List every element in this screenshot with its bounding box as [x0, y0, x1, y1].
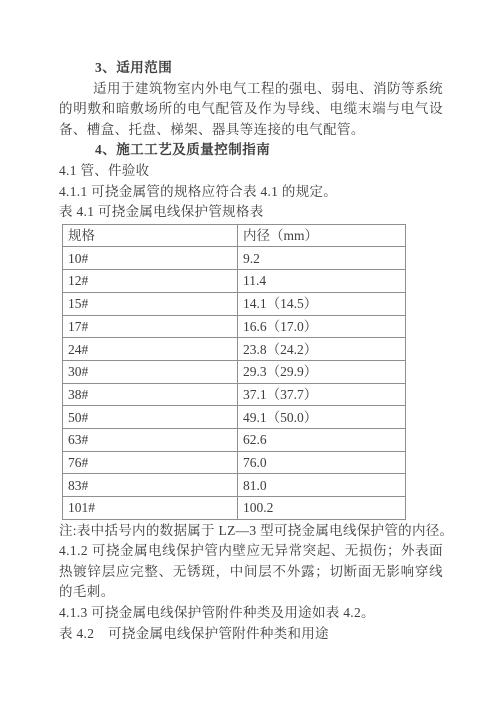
table-row: 38#37.1（37.7） [63, 383, 406, 406]
spec-table-header-row: 规格 内径（mm） [63, 224, 406, 247]
conduit-spec-table: 规格 内径（mm） 10#9.212#11.415#14.1（14.5）17#1… [62, 224, 406, 520]
section-3-heading: 3、适用范围 [59, 58, 443, 79]
clause-4-1-3: 4.1.3 可挠金属电线保护管附件种类及用途如表 4.2。 [59, 603, 443, 624]
table-row: 17#16.6（17.0） [63, 315, 406, 338]
diameter-cell: 62.6 [238, 428, 406, 451]
spec-cell: 17# [63, 315, 238, 338]
spec-cell: 76# [63, 451, 238, 474]
diameter-cell: 11.4 [238, 270, 406, 293]
table-row: 50#49.1（50.0） [63, 406, 406, 429]
spec-cell: 10# [63, 247, 238, 270]
table-row: 12#11.4 [63, 270, 406, 293]
diameter-cell: 49.1（50.0） [238, 406, 406, 429]
spec-cell: 24# [63, 338, 238, 361]
table-4-1-caption: 表 4.1 可挠金属电线保护管规格表 [59, 202, 443, 223]
diameter-cell: 16.6（17.0） [238, 315, 406, 338]
diameter-cell: 9.2 [238, 247, 406, 270]
spec-cell: 50# [63, 406, 238, 429]
table-row: 24#23.8（24.2） [63, 338, 406, 361]
spec-cell: 30# [63, 360, 238, 383]
document-content: 3、适用范围 适用于建筑物室内外电气工程的强电、弱电、消防等系统的明敷和暗敷场所… [59, 58, 443, 644]
clause-4-1: 4.1 管、件验收 [59, 161, 443, 182]
clause-4-1-2: 4.1.2 可挠金属电线保护管内壁应无异常突起、无损伤；外表面热镀锌层应完整、无… [59, 541, 443, 603]
spec-col-header: 规格 [63, 224, 238, 247]
table-row: 30#29.3（29.9） [63, 360, 406, 383]
spec-cell: 83# [63, 474, 238, 497]
scope-paragraph: 适用于建筑物室内外电气工程的强电、弱电、消防等系统的明敷和暗敷场所的电气配管及作… [59, 79, 443, 141]
table-4-1-note: 注:表中括号内的数据属于 LZ—3 型可挠金属电线保护管的内径。 [59, 521, 443, 542]
table-row: 83#81.0 [63, 474, 406, 497]
clause-4-1-1: 4.1.1 可挠金属管的规格应符合表 4.1 的规定。 [59, 182, 443, 203]
spec-cell: 12# [63, 270, 238, 293]
table-row: 101#100.2 [63, 497, 406, 520]
diameter-cell: 23.8（24.2） [238, 338, 406, 361]
spec-cell: 38# [63, 383, 238, 406]
document-page: 3、适用范围 适用于建筑物室内外电气工程的强电、弱电、消防等系统的明敷和暗敷场所… [0, 0, 500, 707]
diameter-cell: 14.1（14.5） [238, 292, 406, 315]
table-4-2-caption: 表 4.2 可挠金属电线保护管附件种类和用途 [59, 624, 443, 645]
spec-cell: 101# [63, 497, 238, 520]
diameter-col-header: 内径（mm） [238, 224, 406, 247]
diameter-cell: 76.0 [238, 451, 406, 474]
table-row: 15#14.1（14.5） [63, 292, 406, 315]
spec-cell: 15# [63, 292, 238, 315]
diameter-cell: 29.3（29.9） [238, 360, 406, 383]
diameter-cell: 100.2 [238, 497, 406, 520]
table-row: 10#9.2 [63, 247, 406, 270]
spec-cell: 63# [63, 428, 238, 451]
table-row: 63#62.6 [63, 428, 406, 451]
spec-table-body: 10#9.212#11.415#14.1（14.5）17#16.6（17.0）2… [63, 247, 406, 519]
diameter-cell: 37.1（37.7） [238, 383, 406, 406]
table-row: 76#76.0 [63, 451, 406, 474]
section-4-heading: 4、施工工艺及质量控制指南 [59, 140, 443, 161]
diameter-cell: 81.0 [238, 474, 406, 497]
